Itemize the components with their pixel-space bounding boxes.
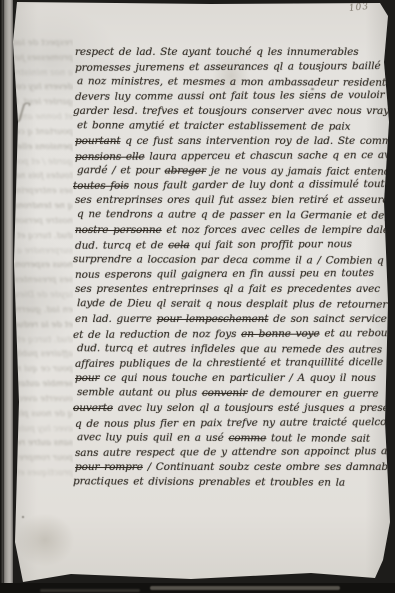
ghost-line: ses presentes entreprinses ql a fait es …: [13, 276, 73, 285]
strikethrough-text: ouverte: [73, 402, 113, 414]
ink-speck: [311, 88, 314, 90]
manuscript-line: pourtant q ce fust sans intervention roy…: [75, 136, 395, 147]
ghost-line: pourtant q ce fust sans intervention roy…: [13, 128, 73, 137]
ghost-line: nous esperons quil gaignera en fin aussi…: [13, 261, 73, 270]
bleedthrough-margin: respect de lad. Ste ayant touché q les i…: [13, 2, 73, 584]
page-stack-bottom: [0, 583, 395, 593]
strikethrough-text: toutes fois: [73, 180, 129, 192]
manuscript-line: surprendre a loccasion par deca comme il…: [73, 254, 384, 266]
manuscript-photo: 103 respect de lad. Ste ayant touché q l…: [0, 0, 395, 593]
manuscript-line: gardé / et pour abreger je ne vous ay ja…: [77, 165, 395, 177]
strikethrough-text: abreger: [164, 164, 206, 176]
strikethrough-text: pensions elle: [75, 150, 145, 162]
manuscript-line: devers luy comme aussi ont fait tous les…: [75, 91, 385, 103]
ink-speck: [22, 516, 24, 518]
strikethrough-text: pour lempeschement: [157, 313, 269, 325]
manuscript-line: dud. turcq et autres infideles que au re…: [77, 343, 382, 355]
strikethrough-text: pourtant: [75, 135, 121, 147]
ghost-line: practiques et divisions prenables et tro…: [13, 469, 73, 478]
manuscript-line: dud. turcq et de cela qui fait son proff…: [75, 239, 352, 251]
text-block: respect de lad. Ste ayant touché q les i…: [75, 2, 385, 584]
manuscript-line: affaires publiques de la chrestienté et …: [75, 357, 395, 369]
page-stack-edge: [40, 589, 140, 592]
ghost-line: en lad. guerre pour lempeschement de son…: [13, 306, 73, 315]
manuscript-line: nous esperons quil gaignera en fin aussi…: [75, 269, 374, 281]
ghost-line: pour ce qui nous touche en particulier /…: [13, 365, 73, 374]
manuscript-line: a noz ministres, et mesmes a mon ambassa…: [77, 76, 386, 88]
ghost-line: dud. turcq et autres infideles que au re…: [13, 336, 73, 345]
manuscript-page: 103 respect de lad. Ste ayant touché q l…: [11, 2, 392, 584]
ghost-line: q de nous plus fier en paix trefve ny au…: [13, 410, 73, 419]
gutter-shadow-line: [3, 0, 4, 593]
ghost-line: surprendre a loccasion par deca comme il…: [13, 247, 73, 256]
manuscript-line: ouverte avec luy selon ql a tousjours es…: [73, 403, 395, 414]
manuscript-line: layde de Dieu ql serait q nous desplait …: [77, 298, 387, 310]
binding-gutter-edge: [0, 0, 13, 593]
ghost-line: dud. turcq et de cela qui fait son proff…: [13, 232, 73, 241]
ghost-line: sans autre respect que de y attendre son…: [13, 439, 73, 448]
ghost-line: pour rompre / Continuant soubz ceste omb…: [13, 454, 73, 463]
ghost-line: gardé / et pour abreger je ne vous ay ja…: [13, 158, 73, 167]
strikethrough-text: convenir: [202, 387, 248, 399]
manuscript-line: en lad. guerre pour lempeschement de son…: [75, 314, 387, 325]
manuscript-line: sans autre respect que de y attendre son…: [75, 446, 395, 459]
ghost-line: et de la reduction de noz foys en bonne …: [13, 321, 73, 330]
ghost-line: a noz ministres, et mesmes a mon ambassa…: [13, 69, 73, 78]
manuscript-line: promesses juremens et asseurances ql a t…: [75, 61, 381, 73]
ghost-line: affaires publiques de la chrestienté et …: [13, 350, 73, 359]
manuscript-line: q de nous plus fier en paix trefve ny au…: [75, 417, 395, 430]
ghost-line: toutes fois nous fault garder de luy don…: [13, 172, 73, 181]
manuscript-line: ses entreprinses ores quil fut assez bie…: [75, 195, 389, 206]
manuscript-line: pour ce qui nous touche en particulier /…: [75, 373, 376, 384]
manuscript-line: pour rompre / Continuant soubz ceste omb…: [75, 462, 395, 473]
strikethrough-text: nostre personne: [75, 224, 162, 236]
manuscript-line: practiques et divisions prenables et tro…: [73, 476, 345, 488]
manuscript-line: q ne tendrons a autre q de passer en la …: [77, 209, 395, 221]
ghost-line: ses entreprinses ores quil fut assez bie…: [13, 187, 73, 196]
manuscript-line: nostre personne et noz forces avec celle…: [75, 225, 395, 236]
ghost-line: respect de lad. Ste ayant touché q les i…: [13, 39, 73, 48]
ghost-line: layde de Dieu ql serait q nous desplait …: [13, 291, 73, 300]
strikethrough-text: pour: [75, 372, 99, 384]
page-stack-edge: [150, 586, 340, 590]
manuscript-line: et bonne amytié et traicter establisseme…: [77, 120, 351, 132]
manuscript-line: et de la reduction de noz foys en bonne …: [73, 328, 395, 341]
strikethrough-text: cela: [168, 239, 189, 251]
manuscript-line: pensions elle laura apperceu et chascun …: [75, 150, 395, 163]
ghost-line: q ne tendrons a autre q de passer en la …: [13, 202, 73, 211]
ghost-line: semble autant ou plus convenir de demour…: [13, 380, 73, 389]
ghost-line: pensions elle laura apperceu et chascun …: [13, 143, 73, 152]
manuscript-line: semble autant ou plus convenir de demour…: [77, 387, 379, 399]
strikethrough-text: pour rompre: [75, 461, 143, 473]
manuscript-line: garder lesd. trefves et tousjours conser…: [73, 106, 395, 117]
strikethrough-text: comme: [228, 432, 266, 444]
manuscript-line: ses presentes entreprinses ql a fait es …: [75, 284, 380, 295]
ghost-line: devers luy comme aussi ont fait tous les…: [13, 83, 73, 92]
manuscript-line: respect de lad. Ste ayant touché q les i…: [75, 47, 359, 58]
strikethrough-text: en bonne voye: [241, 327, 320, 339]
ghost-line: ouverte avec luy selon ql a tousjours es…: [13, 395, 73, 404]
ghost-line: nostre personne et noz forces avec celle…: [13, 217, 73, 226]
manuscript-line: toutes fois nous fault garder de luy don…: [73, 179, 395, 191]
ghost-line: avec luy puis quil en a usé comme tout l…: [13, 425, 73, 434]
manuscript-line: avec luy puis quil en a usé comme tout l…: [77, 432, 370, 444]
ghost-line: promesses juremens et asseurances ql a t…: [13, 54, 73, 63]
